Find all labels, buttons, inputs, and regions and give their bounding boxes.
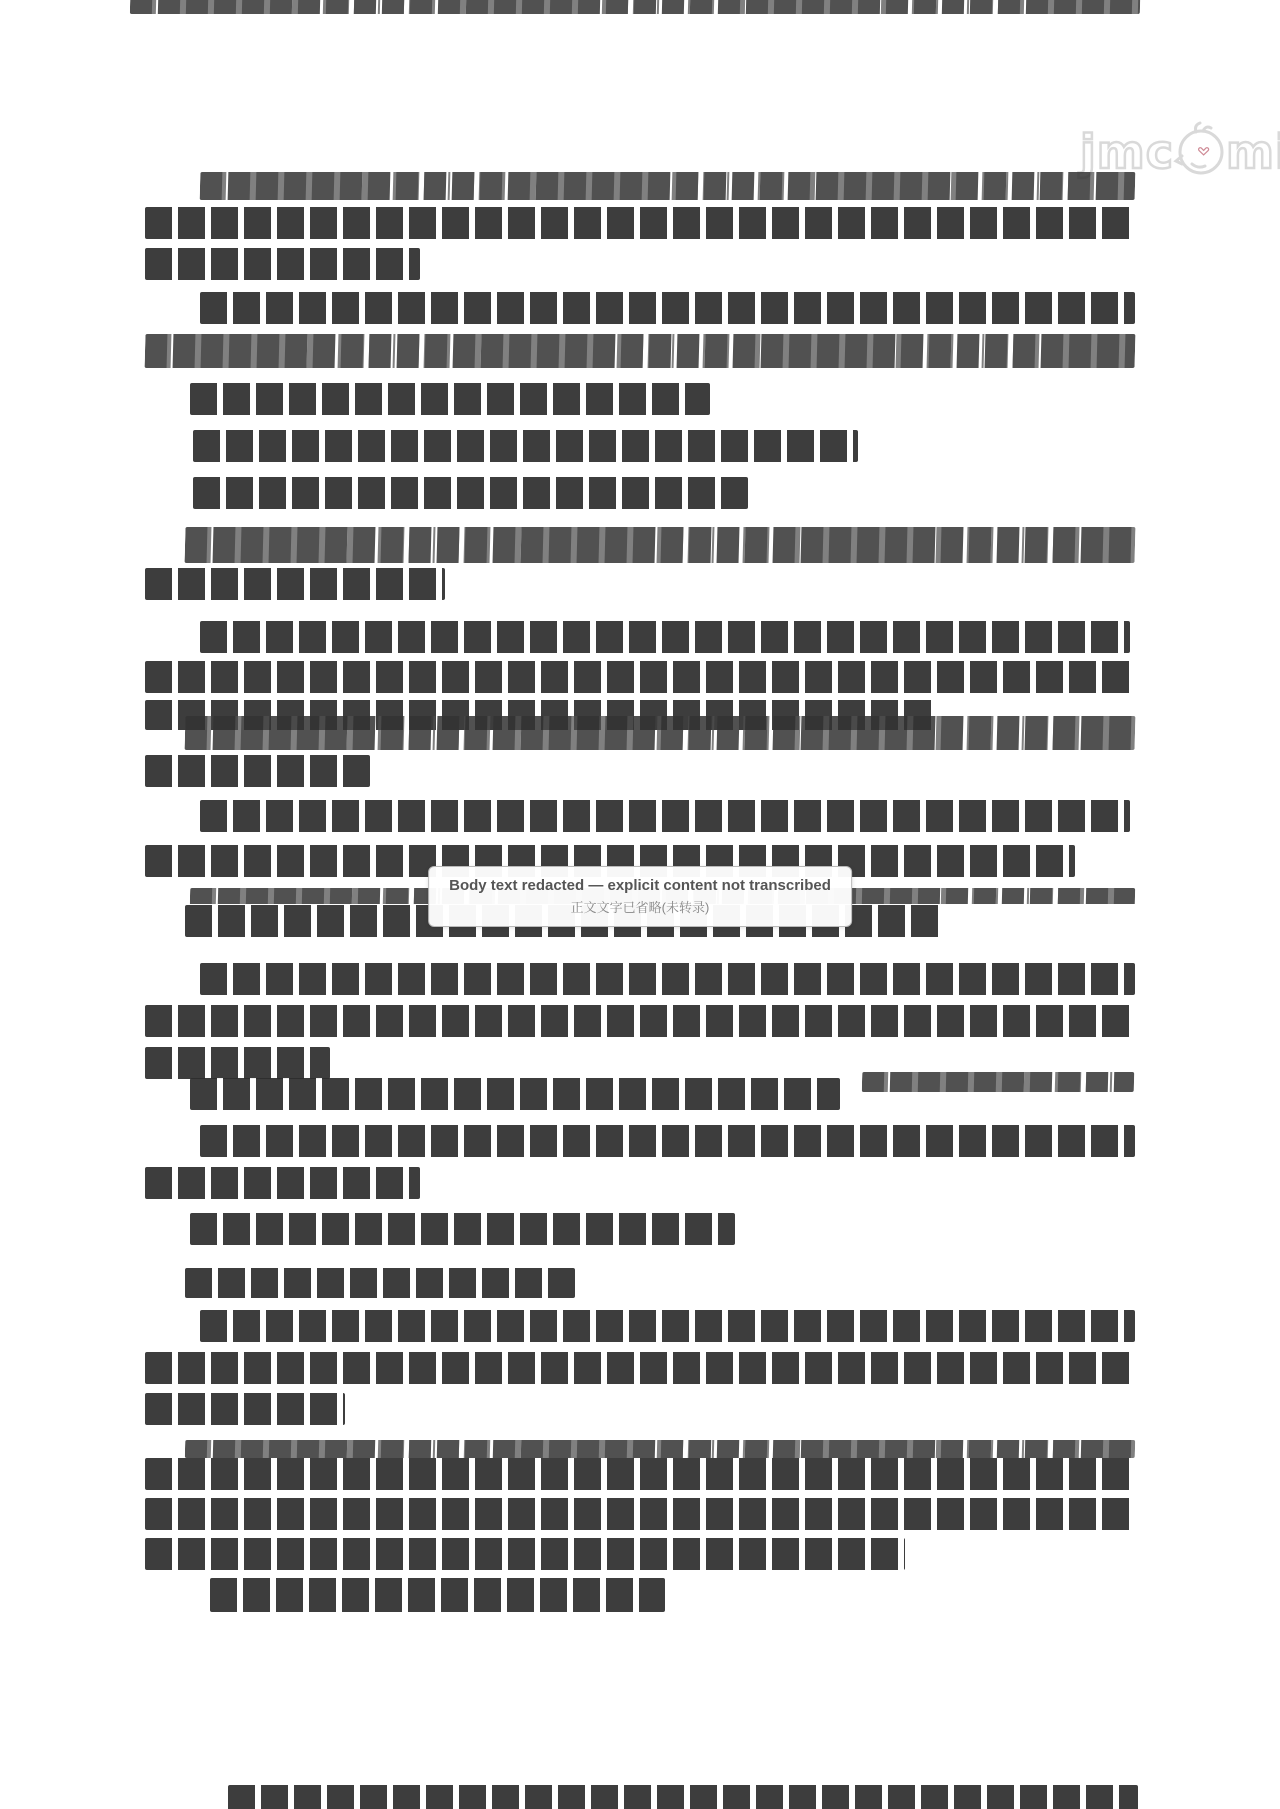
redacted-text-line: [210, 1578, 665, 1612]
redacted-text-line: [185, 1440, 1135, 1458]
redacted-text-line: [145, 1393, 345, 1425]
redacted-text-line: [200, 621, 1130, 653]
redacted-text-line: [145, 207, 1135, 239]
redacted-text-line: [190, 1078, 840, 1110]
redacted-text-line: [145, 248, 420, 280]
chick-mascot-icon: [1172, 120, 1228, 183]
redacted-text-line: [190, 383, 710, 415]
redacted-text-line: [190, 1213, 735, 1245]
redacted-text-line: [145, 568, 445, 600]
document-page: jmc mic Body text redacted — explicit co…: [0, 0, 1280, 1809]
redaction-notice-en: Body text redacted — explicit content no…: [449, 877, 831, 894]
redacted-text-line: [185, 1268, 575, 1298]
redacted-text-line: [145, 1047, 330, 1079]
redacted-text-line: [185, 527, 1136, 563]
redacted-text-line: [145, 1167, 420, 1199]
redaction-notice-zh: 正文文字已省略(未转录): [449, 897, 831, 916]
redacted-text-line: [145, 661, 1135, 693]
redacted-text-line: [193, 430, 858, 462]
redacted-text-line: [145, 1005, 1135, 1037]
watermark-text-prefix: jmc: [1080, 125, 1174, 179]
redacted-text-line: [200, 1310, 1135, 1342]
redacted-text-line: [145, 334, 1136, 368]
redacted-text-line: [862, 1072, 1135, 1092]
redacted-text-line: [200, 292, 1135, 324]
redacted-text-line: [145, 755, 370, 787]
redacted-text-line: [130, 0, 1140, 14]
redacted-text-line: [200, 1125, 1135, 1157]
redacted-text-line: [185, 716, 1136, 750]
redacted-text-line: [145, 1352, 1135, 1384]
redacted-text-line: [145, 1498, 1135, 1530]
redacted-text-line: [200, 172, 1136, 200]
redacted-text-line: [200, 963, 1135, 995]
redacted-text-line: [145, 1458, 1135, 1490]
redacted-text-line: [193, 477, 748, 509]
redaction-notice: Body text redacted — explicit content no…: [428, 866, 852, 927]
watermark-text-suffix: mic: [1226, 125, 1280, 179]
redacted-text-line: [145, 1538, 905, 1570]
redacted-text-line: [200, 800, 1130, 832]
redacted-text-line: [228, 1785, 1138, 1809]
